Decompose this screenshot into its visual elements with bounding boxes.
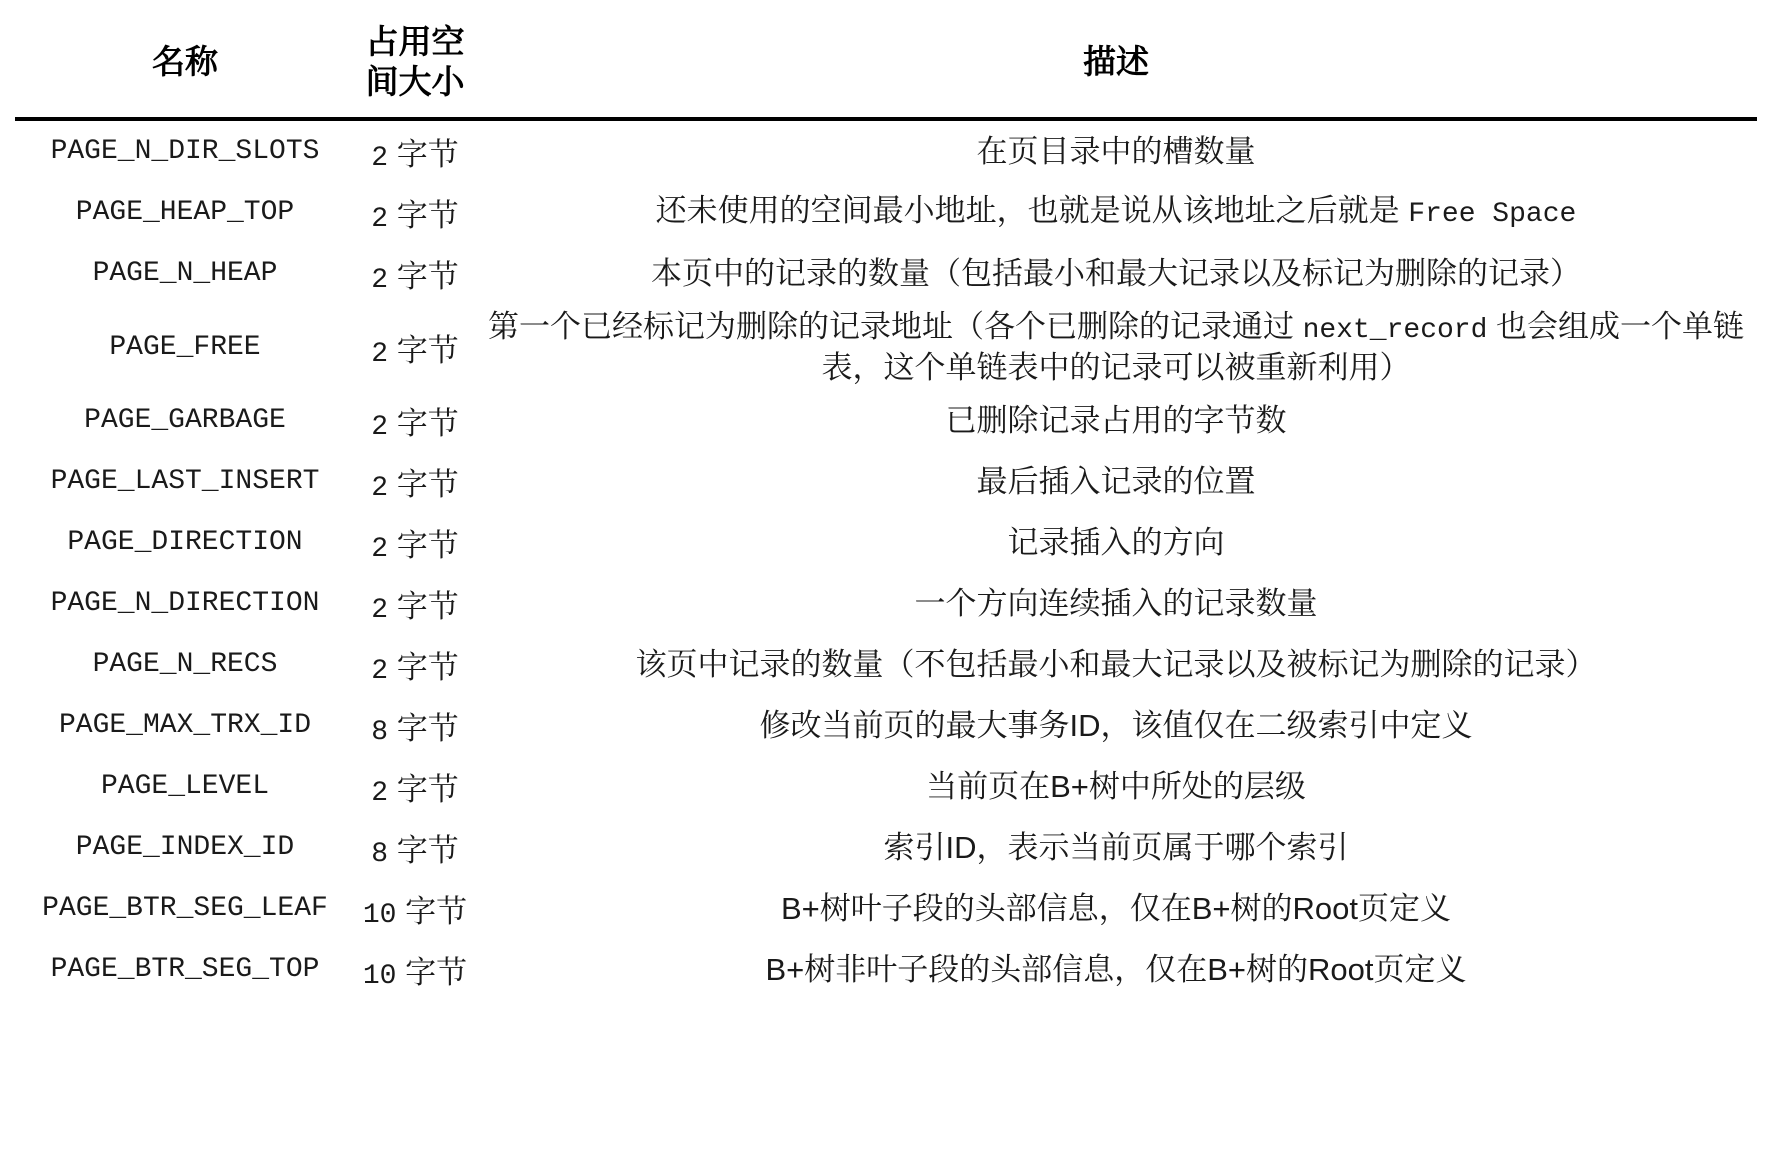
field-size-unit: 字节: [388, 137, 459, 172]
field-desc-cell: 一个方向连续插入的记录数量: [475, 585, 1757, 622]
table-row: PAGE_BTR_SEG_LEAF10 字节B+树叶子段的头部信息，仅在B+树的…: [15, 878, 1757, 939]
table-row: PAGE_LEVEL2 字节当前页在B+树中所处的层级: [15, 756, 1757, 817]
field-size-cell: 10 字节: [355, 886, 475, 931]
table-row: PAGE_N_DIRECTION2 字节一个方向连续插入的记录数量: [15, 573, 1757, 634]
table-row: PAGE_N_DIR_SLOTS2 字节在页目录中的槽数量: [15, 121, 1757, 182]
field-size-cell: 2 字节: [355, 642, 475, 687]
column-header-size-label: 占用空间大小: [363, 22, 468, 102]
desc-text: 最后插入记录的位置: [977, 464, 1256, 499]
desc-text: B+树非叶子段的头部信息，仅在B+树的Root页定义: [765, 952, 1466, 987]
field-desc-cell: 在页目录中的槽数量: [475, 133, 1757, 170]
field-name-cell: PAGE_HEAP_TOP: [15, 197, 355, 228]
column-header-size: 占用空间大小: [355, 22, 475, 102]
field-size-value: 2: [371, 656, 388, 687]
column-header-desc-label: 描述: [1083, 43, 1149, 80]
desc-text: 索引ID，表示当前页属于哪个索引: [884, 830, 1349, 865]
field-size-value: 2: [371, 534, 388, 565]
field-size-unit: 字节: [396, 894, 467, 929]
field-size-cell: 2 字节: [355, 325, 475, 370]
table-row: PAGE_HEAP_TOP2 字节还未使用的空间最小地址，也就是说从该地址之后就…: [15, 182, 1757, 243]
desc-text: 还未使用的空间最小地址，也就是说从该地址之后就是: [656, 193, 1409, 228]
field-size-unit: 字节: [388, 772, 459, 807]
desc-text: B+树叶子段的头部信息，仅在B+树的Root页定义: [781, 891, 1451, 926]
field-desc-cell: 记录插入的方向: [475, 524, 1757, 561]
desc-text: 在页目录中的槽数量: [977, 134, 1256, 169]
field-name-cell: PAGE_MAX_TRX_ID: [15, 710, 355, 741]
desc-text: 记录插入的方向: [1008, 525, 1225, 560]
field-size-value: 10: [363, 900, 397, 931]
field-size-value: 2: [371, 778, 388, 809]
field-size-value: 2: [371, 265, 388, 296]
field-size-unit: 字节: [388, 711, 459, 746]
table-row: PAGE_FREE2 字节第一个已经标记为删除的记录地址（各个已删除的记录通过 …: [15, 304, 1757, 390]
field-size-unit: 字节: [388, 467, 459, 502]
desc-text: 已删除记录占用的字节数: [946, 403, 1287, 438]
column-header-desc: 描述: [475, 42, 1757, 82]
table-row: PAGE_GARBAGE2 字节已删除记录占用的字节数: [15, 390, 1757, 451]
field-name-cell: PAGE_N_DIR_SLOTS: [15, 136, 355, 167]
desc-text: 当前页在B+树中所处的层级: [926, 769, 1306, 804]
field-size-value: 10: [363, 961, 397, 992]
field-name-cell: PAGE_LEVEL: [15, 771, 355, 802]
field-size-value: 2: [371, 143, 388, 174]
field-size-value: 2: [371, 339, 388, 370]
field-size-unit: 字节: [388, 406, 459, 441]
field-desc-cell: 最后插入记录的位置: [475, 463, 1757, 500]
field-desc-cell: 第一个已经标记为删除的记录地址（各个已删除的记录通过 next_record 也…: [475, 308, 1757, 386]
column-header-name-label: 名称: [152, 43, 218, 80]
field-size-cell: 2 字节: [355, 581, 475, 626]
field-size-unit: 字节: [388, 528, 459, 563]
inline-code: next_record: [1303, 315, 1488, 346]
field-desc-cell: 还未使用的空间最小地址，也就是说从该地址之后就是 Free Space: [475, 192, 1757, 233]
inline-code: Free Space: [1408, 199, 1576, 230]
desc-text: 一个方向连续插入的记录数量: [915, 586, 1318, 621]
page-header-fields-table: 名称 占用空间大小 描述 PAGE_N_DIR_SLOTS2 字节在页目录中的槽…: [15, 0, 1757, 1000]
field-size-cell: 10 字节: [355, 947, 475, 992]
table-row: PAGE_N_RECS2 字节该页中记录的数量（不包括最小和最大记录以及被标记为…: [15, 634, 1757, 695]
field-name-cell: PAGE_BTR_SEG_LEAF: [15, 893, 355, 924]
field-size-value: 2: [371, 412, 388, 443]
field-size-unit: 字节: [396, 955, 467, 990]
field-desc-cell: 已删除记录占用的字节数: [475, 402, 1757, 439]
field-size-value: 8: [371, 717, 388, 748]
field-name-cell: PAGE_INDEX_ID: [15, 832, 355, 863]
table-row: PAGE_N_HEAP2 字节本页中的记录的数量（包括最小和最大记录以及标记为删…: [15, 243, 1757, 304]
field-name-cell: PAGE_N_DIRECTION: [15, 588, 355, 619]
field-size-unit: 字节: [388, 650, 459, 685]
desc-text: 该页中记录的数量（不包括最小和最大记录以及被标记为删除的记录）: [636, 647, 1597, 682]
table-row: PAGE_LAST_INSERT2 字节最后插入记录的位置: [15, 451, 1757, 512]
field-size-unit: 字节: [388, 259, 459, 294]
field-name-cell: PAGE_DIRECTION: [15, 527, 355, 558]
field-size-unit: 字节: [388, 198, 459, 233]
table-row: PAGE_INDEX_ID8 字节索引ID，表示当前页属于哪个索引: [15, 817, 1757, 878]
field-size-value: 2: [371, 204, 388, 235]
table-body: PAGE_N_DIR_SLOTS2 字节在页目录中的槽数量PAGE_HEAP_T…: [15, 121, 1757, 1000]
field-desc-cell: B+树非叶子段的头部信息，仅在B+树的Root页定义: [475, 951, 1757, 988]
field-desc-cell: 当前页在B+树中所处的层级: [475, 768, 1757, 805]
field-desc-cell: B+树叶子段的头部信息，仅在B+树的Root页定义: [475, 890, 1757, 927]
field-desc-cell: 索引ID，表示当前页属于哪个索引: [475, 829, 1757, 866]
field-desc-cell: 该页中记录的数量（不包括最小和最大记录以及被标记为删除的记录）: [475, 646, 1757, 683]
table-row: PAGE_MAX_TRX_ID8 字节修改当前页的最大事务ID，该值仅在二级索引…: [15, 695, 1757, 756]
desc-text: 本页中的记录的数量（包括最小和最大记录以及标记为删除的记录）: [651, 256, 1581, 291]
desc-text: 修改当前页的最大事务ID，该值仅在二级索引中定义: [760, 708, 1473, 743]
field-name-cell: PAGE_GARBAGE: [15, 405, 355, 436]
field-size-unit: 字节: [388, 833, 459, 868]
field-name-cell: PAGE_N_HEAP: [15, 258, 355, 289]
field-size-value: 2: [371, 595, 388, 626]
desc-text: 第一个已经标记为删除的记录地址（各个已删除的记录通过: [488, 309, 1303, 344]
field-desc-cell: 修改当前页的最大事务ID，该值仅在二级索引中定义: [475, 707, 1757, 744]
field-size-cell: 2 字节: [355, 190, 475, 235]
column-header-name: 名称: [15, 42, 355, 82]
field-name-cell: PAGE_N_RECS: [15, 649, 355, 680]
field-name-cell: PAGE_FREE: [15, 332, 355, 363]
field-size-cell: 2 字节: [355, 129, 475, 174]
field-size-cell: 2 字节: [355, 764, 475, 809]
table-header-row: 名称 占用空间大小 描述: [15, 0, 1757, 121]
field-size-value: 2: [371, 473, 388, 504]
field-size-cell: 8 字节: [355, 825, 475, 870]
field-size-value: 8: [371, 839, 388, 870]
field-name-cell: PAGE_BTR_SEG_TOP: [15, 954, 355, 985]
field-size-unit: 字节: [388, 333, 459, 368]
field-desc-cell: 本页中的记录的数量（包括最小和最大记录以及标记为删除的记录）: [475, 255, 1757, 292]
field-size-cell: 2 字节: [355, 251, 475, 296]
field-size-cell: 2 字节: [355, 459, 475, 504]
field-size-unit: 字节: [388, 589, 459, 624]
field-size-cell: 8 字节: [355, 703, 475, 748]
table-row: PAGE_BTR_SEG_TOP10 字节B+树非叶子段的头部信息，仅在B+树的…: [15, 939, 1757, 1000]
field-size-cell: 2 字节: [355, 398, 475, 443]
field-size-cell: 2 字节: [355, 520, 475, 565]
table-row: PAGE_DIRECTION2 字节记录插入的方向: [15, 512, 1757, 573]
field-name-cell: PAGE_LAST_INSERT: [15, 466, 355, 497]
